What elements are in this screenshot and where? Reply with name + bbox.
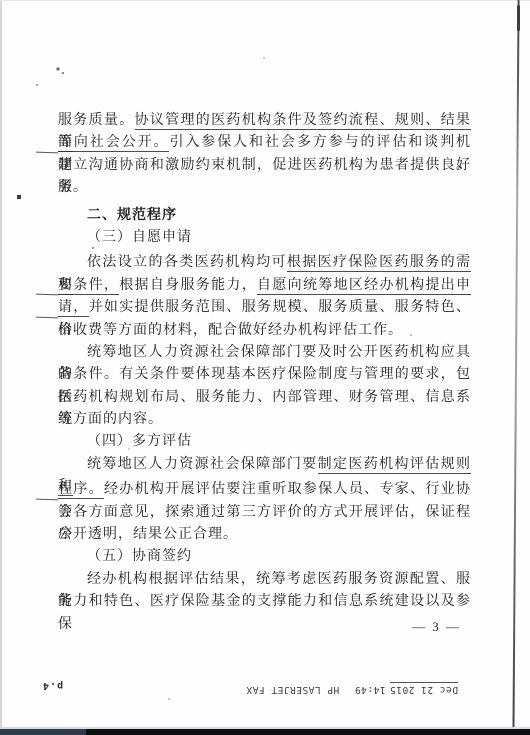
document-body: 服务质量。协议管理的医药机构条件及签约流程、规则、结果等 面向社会公开。引入参保… (58, 110, 471, 614)
doc-line: 公开透明，结果公正合理。 (58, 524, 471, 546)
underlined-text-segment: 请， (58, 300, 89, 317)
fax-time: 14:49 (354, 684, 385, 695)
fax-date: Dec 21 2015 (390, 682, 458, 695)
doc-line: 依法设立的各类医药机构均可根据医疗保险医药服务的需要 (58, 252, 471, 274)
scan-top-edge (0, 0, 530, 1)
underlined-text-segment: 和条件， (58, 278, 119, 295)
underlined-text-segment: 自愿向统筹地区经办机构提出申 (257, 278, 471, 295)
fax-header-stamp: Dec 21 201514:49 HP LASERJET FAX (246, 684, 458, 695)
text-segment: 根据自身服务能力， (119, 278, 257, 293)
scan-bottom-band-left (0, 729, 86, 735)
doc-line: 和条件，根据自身服务能力，自愿向统筹地区经办机构提出申 (58, 275, 471, 297)
text-segment: 务。 (58, 180, 88, 195)
text-segment: 等方面的内容。 (58, 412, 163, 427)
page-number: — 3 — (412, 619, 461, 635)
text-segment: 能力和特色、医疗保险基金的支撑能力和信息系统建设以及参保 (58, 594, 471, 631)
underlined-text-segment: 程序。 (58, 482, 104, 499)
doc-line: 服务质量。协议管理的医药机构条件及签约流程、规则、结果等 (58, 110, 471, 132)
text-segment: 依法设立的各类医药机构均可 (87, 255, 287, 270)
doc-line: 经办机构根据评估结果，统筹考虑医药服务资源配置、服务 (58, 569, 471, 591)
doc-line: 格收费等方面的材料，配合做好经办机构评估工作。 (58, 320, 471, 342)
subsection-heading: （三）自愿申请 (58, 227, 471, 249)
doc-line: 能力和特色、医疗保险基金的支撑能力和信息系统建设以及参保 (58, 591, 471, 613)
doc-line: 的条件。有关条件要体现基本医疗保险制度与管理的要求，包括 (58, 364, 471, 386)
text-segment: （四）多方评估 (87, 434, 192, 449)
scan-right-edge-line (512, 0, 519, 735)
fax-datetime: Dec 21 201514:49 (354, 684, 458, 695)
doc-line: 请，并如实提供服务范围、服务规模、服务质量、服务特色、价 (58, 297, 471, 319)
subsection-heading: （四）多方评估 (58, 431, 471, 453)
scan-bottom-band-right (86, 729, 530, 735)
scan-noise-speckles (0, 0, 2, 2)
text-segment: （五）协商签约 (87, 549, 192, 564)
text-segment: 统筹地区人力资源社会保障部门要 (87, 457, 318, 472)
section-heading: 二、规范程序 (58, 205, 471, 227)
doc-line: 务。 (58, 177, 471, 199)
doc-line: 面向社会公开。引入参保人和社会多方参与的评估和谈判机制。 (58, 132, 471, 154)
doc-line: 统筹地区人力资源社会保障部门要及时公开医药机构应具备 (58, 342, 471, 364)
underlined-text-segment: 面向社会公开。 (58, 135, 169, 152)
subsection-heading: （五）协商签约 (58, 546, 471, 568)
fax-device-name: HP LASERJET FAX (246, 684, 339, 695)
text-segment: 公开透明，结果公正合理。 (58, 527, 238, 542)
text-segment: 格收费等方面的材料，配合做好经办机构评估工作。 (58, 323, 403, 338)
text-segment: 服务质量。 (58, 113, 135, 128)
doc-line: 等方面的内容。 (58, 409, 471, 431)
scan-right-edge-mark (517, 5, 520, 31)
doc-line: 建立沟通协商和激励约束机制，促进医药机构为患者提供良好服 (58, 155, 471, 177)
fax-page-indicator: p.4 (42, 680, 63, 691)
doc-line: 统筹地区人力资源社会保障部门要制定医药机构评估规则和 (58, 454, 471, 476)
scan-left-edge (0, 0, 2, 735)
doc-line: 程序。经办机构开展评估要注重听取参保人员、专家、行业协会 (58, 479, 471, 501)
scanned-page: 服务质量。协议管理的医药机构条件及签约流程、规则、结果等 面向社会公开。引入参保… (0, 0, 530, 735)
text-segment: （三）自愿申请 (87, 230, 192, 245)
doc-line: 等各方面意见，探索通过第三方评价的方式开展评估，保证程序 (58, 502, 471, 524)
text-segment: 二、规范程序 (87, 208, 177, 223)
doc-line: 医药机构规划布局、服务能力、内部管理、财务管理、信息系统 (58, 387, 471, 409)
